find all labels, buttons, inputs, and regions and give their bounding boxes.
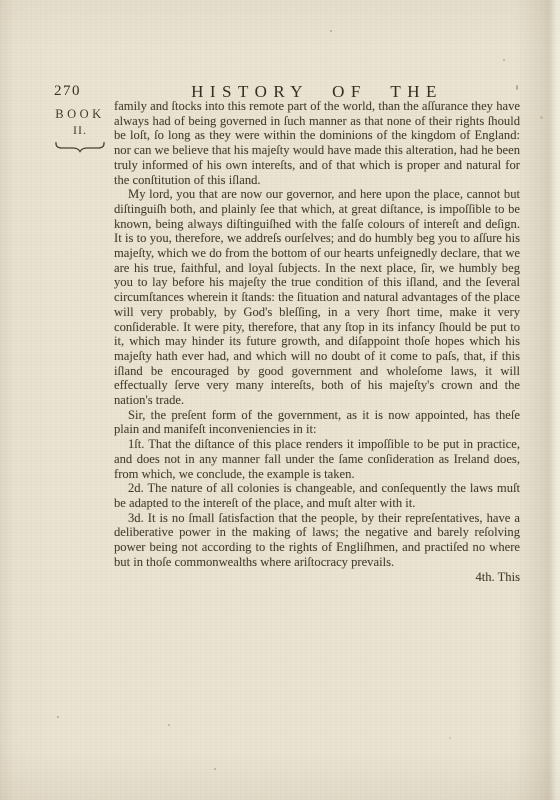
paragraph: 2d. The nature of all colonies is change…	[114, 481, 520, 510]
paragraph: Sir, the preſent form of the government,…	[114, 408, 520, 437]
page-number: 270	[54, 83, 81, 100]
margin-note-book: BOOK	[50, 107, 110, 122]
margin-note-chapter: II.	[50, 123, 110, 138]
margin-note-book-ii: BOOK II.	[50, 107, 110, 153]
paragraph: 1ſt. That the diſtance of this place ren…	[114, 437, 520, 481]
paragraph: My lord, you that are now our governor, …	[114, 187, 520, 408]
paragraph: family and ſtocks into this remote part …	[114, 99, 520, 187]
paragraph: 3d. It is no ſmall ſatisfaction that the…	[114, 511, 520, 570]
catchword: 4th. This	[114, 570, 520, 585]
brace-ornament-icon	[54, 141, 106, 153]
page-body: family and ſtocks into this remote part …	[114, 99, 520, 584]
book-page-scan: 270 HISTORY OF THE BOOK II. family and ſ…	[0, 0, 560, 800]
